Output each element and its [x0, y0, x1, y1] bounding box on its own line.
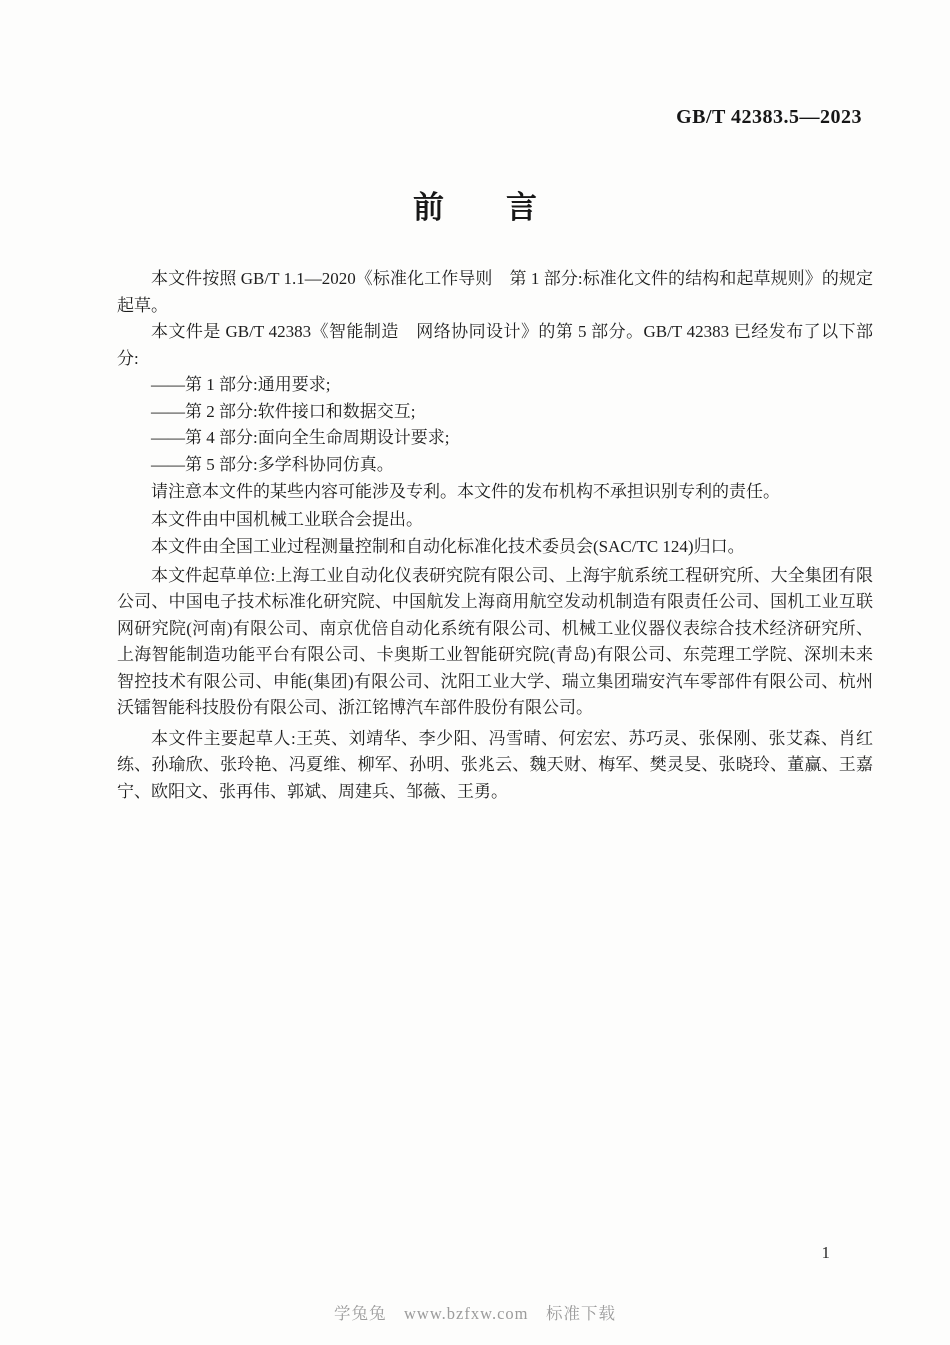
page-number: 1 [822, 1243, 831, 1263]
document-body: 本文件按照 GB/T 1.1—2020《标准化工作导则 第 1 部分:标准化文件… [117, 266, 873, 805]
paragraph-main-drafters: 本文件主要起草人:王英、刘靖华、李少阳、冯雪晴、何宏宏、苏巧灵、张保刚、张艾森、… [117, 726, 873, 806]
list-item-part-2: ——第 2 部分:软件接口和数据交互; [117, 399, 873, 426]
watermark-text: 学兔兔 www.bzfxw.com 标准下载 [0, 1300, 950, 1324]
paragraph-drafting-organizations: 本文件起草单位:上海工业自动化仪表研究院有限公司、上海宇航系统工程研究所、大全集… [117, 563, 873, 722]
list-item-part-4: ——第 4 部分:面向全生命周期设计要求; [117, 425, 873, 452]
paragraph-proposer: 本文件由中国机械工业联合会提出。 [117, 507, 873, 534]
published-parts-list: ——第 1 部分:通用要求; ——第 2 部分:软件接口和数据交互; ——第 4… [117, 372, 873, 478]
page-title: 前 言 [0, 182, 950, 227]
paragraph-series-intro: 本文件是 GB/T 42383《智能制造 网络协同设计》的第 5 部分。GB/T… [117, 319, 873, 372]
paragraph-drafting-basis: 本文件按照 GB/T 1.1—2020《标准化工作导则 第 1 部分:标准化文件… [117, 266, 873, 319]
standard-doc-code: GB/T 42383.5—2023 [676, 106, 862, 129]
list-item-part-5: ——第 5 部分:多学科协同仿真。 [117, 452, 873, 479]
list-item-part-1: ——第 1 部分:通用要求; [117, 372, 873, 399]
paragraph-patent-notice: 请注意本文件的某些内容可能涉及专利。本文件的发布机构不承担识别专利的责任。 [117, 479, 873, 506]
document-page: GB/T 42383.5—2023 前 言 本文件按照 GB/T 1.1—202… [0, 0, 950, 1345]
paragraph-committee: 本文件由全国工业过程测量控制和自动化标准化技术委员会(SAC/TC 124)归口… [117, 534, 873, 561]
